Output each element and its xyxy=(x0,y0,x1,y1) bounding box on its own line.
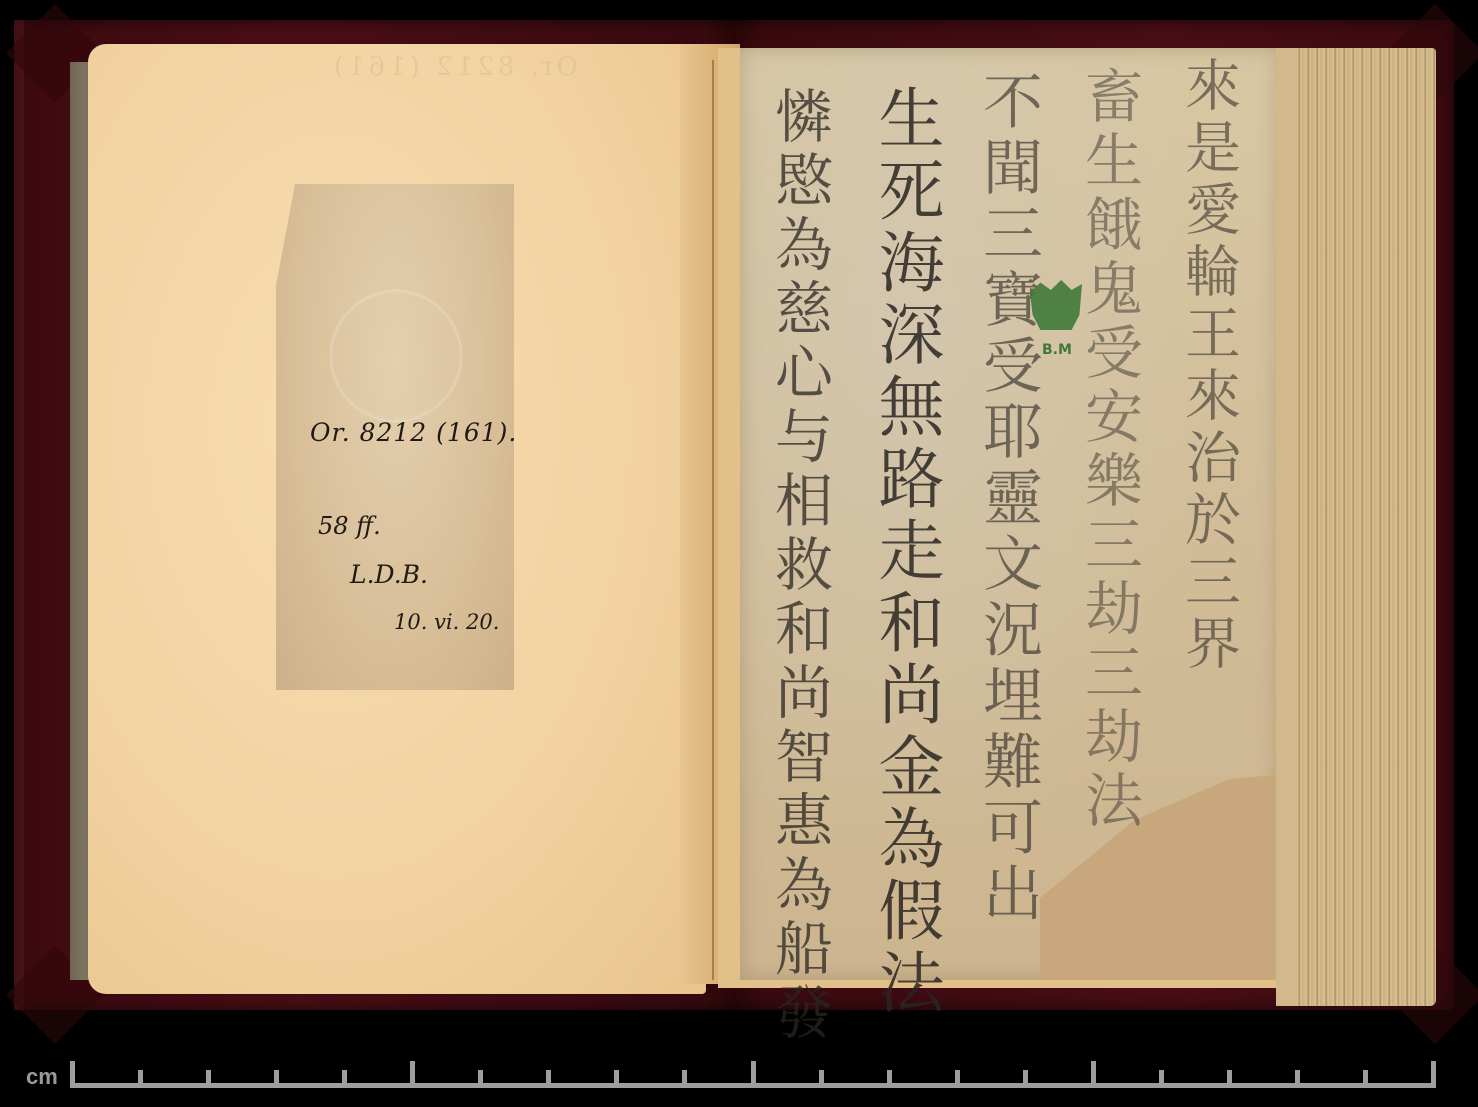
scale-tick xyxy=(70,1061,75,1088)
scale-tick xyxy=(1227,1070,1232,1088)
label-date: 10. vi. 20. xyxy=(394,610,499,634)
label-shelfmark: Or. 8212 (161). xyxy=(310,418,517,447)
scale-tick xyxy=(955,1070,960,1088)
gutter-fold xyxy=(712,60,714,980)
cover-edge xyxy=(14,20,24,1010)
text-column-5: 憐愍為慈心与相救和尚智惠為船發 xyxy=(770,86,828,1046)
scale-tick xyxy=(1091,1061,1096,1088)
scale-tick xyxy=(410,1061,415,1088)
text-column-3: 不聞三寶受耶靈文況埋難可出 xyxy=(978,70,1038,928)
scale-tick xyxy=(1159,1070,1164,1088)
scale-tick xyxy=(614,1070,619,1088)
show-through-shelfmark: Or. 8212 (161) xyxy=(330,52,578,82)
scale-tick xyxy=(1295,1070,1300,1088)
scale-tick xyxy=(1023,1070,1028,1088)
scale-tick xyxy=(546,1070,551,1088)
scale-tick xyxy=(342,1070,347,1088)
scale-tick xyxy=(138,1070,143,1088)
scale-tick xyxy=(887,1070,892,1088)
text-column-1: 來是愛輪王來治於三界 xyxy=(1180,56,1236,676)
stamp-text: B.M xyxy=(1042,342,1072,358)
scale-tick xyxy=(682,1070,687,1088)
scale-tick xyxy=(206,1070,211,1088)
scale-tick xyxy=(478,1070,483,1088)
label-initials: L.D.B. xyxy=(350,560,428,589)
embossed-seal-icon xyxy=(330,290,462,422)
scale-tick xyxy=(274,1070,279,1088)
scale-tick xyxy=(1363,1070,1368,1088)
scale-bar xyxy=(0,1040,1478,1107)
scale-unit-label: cm xyxy=(26,1064,58,1090)
scale-tick xyxy=(819,1070,824,1088)
label-folio-count: 58 ff. xyxy=(318,512,381,540)
page-block-fore-edge xyxy=(1276,48,1436,1006)
text-column-2: 畜生餓鬼受安樂三劫三劫法 xyxy=(1080,66,1138,834)
scale-tick xyxy=(1431,1061,1436,1088)
page-edge xyxy=(1276,48,1296,1006)
scale-tick xyxy=(751,1061,756,1088)
text-column-4: 生死海深無路走和尚金為假法 xyxy=(872,84,938,1020)
